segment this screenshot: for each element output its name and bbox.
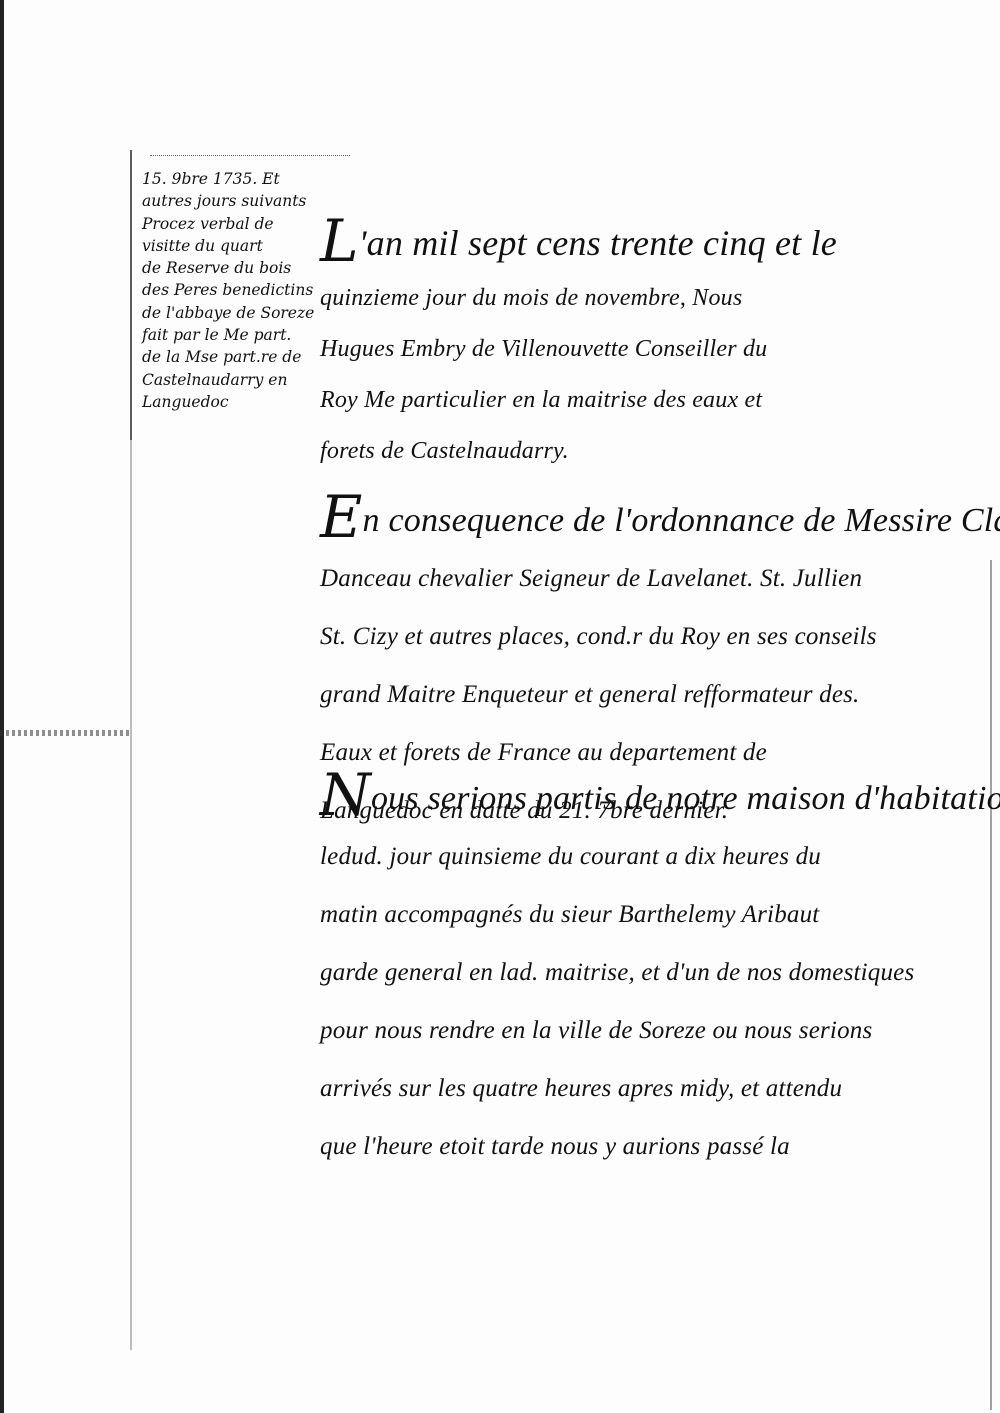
text-line: arrivés sur les quatre heures apres midy… bbox=[320, 1060, 985, 1118]
margin-note: 15. 9bre 1735. Et autres jours suivants … bbox=[142, 168, 342, 413]
text-line: que l'heure etoit tarde nous y aurions p… bbox=[320, 1118, 985, 1176]
right-margin-rule bbox=[990, 560, 992, 1410]
margin-line: autres jours suivants bbox=[142, 190, 342, 212]
margin-line: fait par le Me part. bbox=[142, 324, 342, 346]
text-line: forets de Castelnaudarry. bbox=[320, 426, 985, 477]
margin-line: Languedoc bbox=[142, 391, 342, 413]
text-line: ledud. jour quinsieme du courant a dix h… bbox=[320, 828, 985, 886]
scan-edge bbox=[0, 0, 4, 1413]
margin-line: visitte du quart bbox=[142, 235, 342, 257]
margin-line: Procez verbal de bbox=[142, 213, 342, 235]
text-line: pour nous rendre en la ville de Soreze o… bbox=[320, 1002, 985, 1060]
dropcap: N bbox=[320, 761, 371, 829]
text-line: n consequence de l'ordonnance de Messire… bbox=[363, 502, 1000, 539]
paragraph-departure: Nous serions partis de notre maison d'ha… bbox=[320, 770, 985, 1176]
ink-smudge bbox=[0, 730, 130, 736]
dotted-rule bbox=[150, 155, 350, 156]
text-line: Hugues Embry de Villenouvette Conseiller… bbox=[320, 324, 985, 375]
text-line: grand Maitre Enqueteur et general reffor… bbox=[320, 666, 985, 724]
text-line: quinzieme jour du mois de novembre, Nous bbox=[320, 273, 985, 324]
paragraph-opening: L'an mil sept cens trente cinq et le qui… bbox=[320, 213, 985, 477]
margin-rule-lower bbox=[130, 150, 132, 1350]
text-line: 'an mil sept cens trente cinq et le bbox=[359, 223, 837, 263]
margin-line: de l'abbaye de Soreze bbox=[142, 302, 342, 324]
margin-line: Castelnaudarry en bbox=[142, 369, 342, 391]
margin-line: de la Mse part.re de bbox=[142, 346, 342, 368]
dropcap: L bbox=[320, 207, 359, 275]
manuscript-page: 15. 9bre 1735. Et autres jours suivants … bbox=[0, 0, 1000, 1413]
text-line: Danceau chevalier Seigneur de Lavelanet.… bbox=[320, 550, 985, 608]
text-line: matin accompagnés du sieur Barthelemy Ar… bbox=[320, 886, 985, 944]
margin-line: 15. 9bre 1735. Et bbox=[142, 168, 342, 190]
text-line: ous serions partis de notre maison d'hab… bbox=[371, 780, 1000, 817]
text-line: St. Cizy et autres places, cond.r du Roy… bbox=[320, 608, 985, 666]
text-line: Roy Me particulier en la maitrise des ea… bbox=[320, 375, 985, 426]
dropcap: E bbox=[320, 483, 363, 551]
margin-line: des Peres benedictins bbox=[142, 279, 342, 301]
text-line: garde general en lad. maitrise, et d'un … bbox=[320, 944, 985, 1002]
margin-line: de Reserve du bois bbox=[142, 257, 342, 279]
